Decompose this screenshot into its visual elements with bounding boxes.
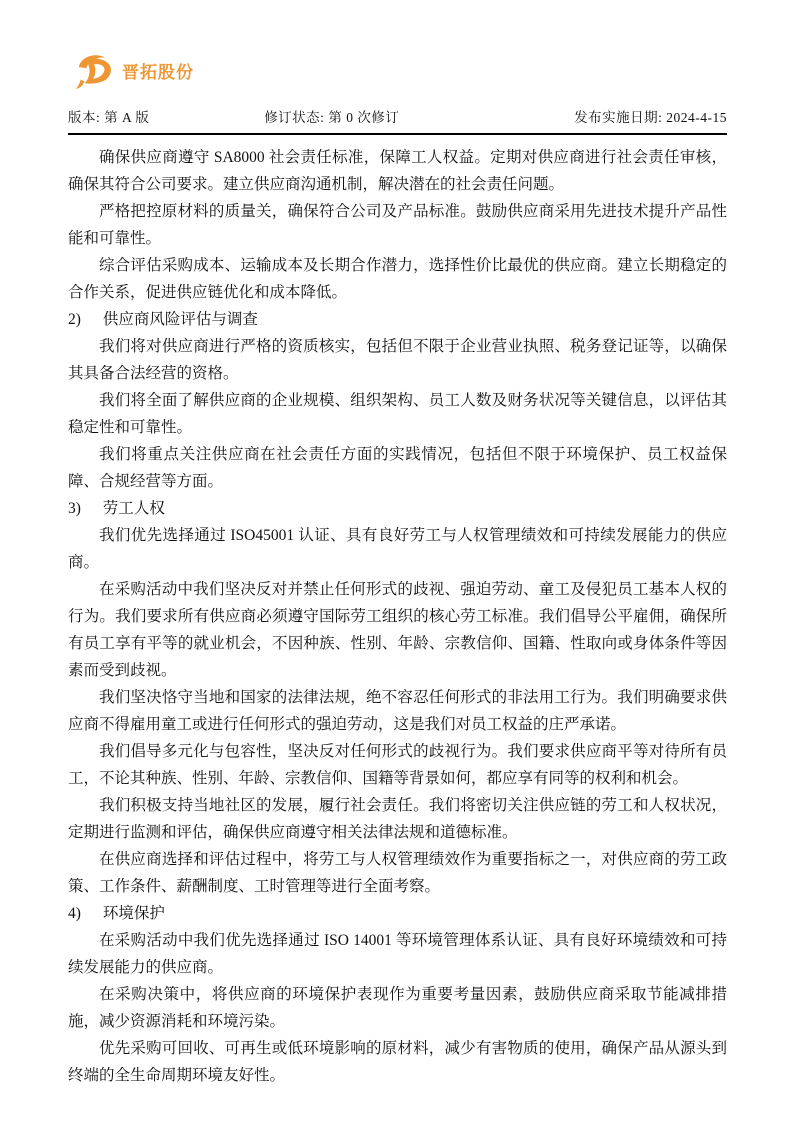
paragraph: 在采购活动中我们坚决反对并禁止任何形式的歧视、强迫劳动、童工及侵犯员工基本人权的… [68, 576, 727, 684]
document-meta-header: 版本: 第 A 版 修订状态: 第 0 次修订 发布实施日期: 2024-4-1… [68, 106, 727, 133]
paragraph: 我们坚决恪守当地和国家的法律法规，绝不容忍任何形式的非法用工行为。我们明确要求供… [68, 684, 727, 738]
section-heading: 3)劳工人权 [68, 495, 727, 522]
version-label: 版本: 第 A 版 [68, 106, 149, 126]
document-body: 确保供应商遵守 SA8000 社会责任标准，保障工人权益。定期对供应商进行社会责… [68, 144, 727, 1089]
section-title: 环境保护 [103, 905, 165, 922]
header-divider [68, 133, 727, 135]
paragraph: 综合评估采购成本、运输成本及长期合作潜力，选择性价比最优的供应商。建立长期稳定的… [68, 252, 727, 306]
company-logo: 晋拓股份 [74, 50, 727, 90]
paragraph: 确保供应商遵守 SA8000 社会责任标准，保障工人权益。定期对供应商进行社会责… [68, 144, 727, 198]
paragraph: 在采购活动中我们优先选择通过 ISO 14001 等环境管理体系认证、具有良好环… [68, 927, 727, 981]
section-title: 供应商风险评估与调查 [103, 311, 258, 328]
paragraph: 我们积极支持当地社区的发展，履行社会责任。我们将密切关注供应链的劳工和人权状况，… [68, 792, 727, 846]
paragraph: 我们将全面了解供应商的企业规模、组织架构、员工人数及财务状况等关键信息，以评估其… [68, 387, 727, 441]
section-number: 3) [68, 495, 81, 522]
paragraph: 我们倡导多元化与包容性，坚决反对任何形式的歧视行为。我们要求供应商平等对待所有员… [68, 738, 727, 792]
paragraph: 在采购决策中，将供应商的环境保护表现作为重要考量因素，鼓励供应商采取节能减排措施… [68, 981, 727, 1035]
paragraph: 我们优先选择通过 ISO45001 认证、具有良好劳工与人权管理绩效和可持续发展… [68, 522, 727, 576]
section-number: 2) [68, 306, 81, 333]
section-title: 劳工人权 [103, 500, 165, 517]
revision-status-label: 修订状态: 第 0 次修订 [264, 106, 399, 126]
release-date-label: 发布实施日期: 2024-4-15 [574, 106, 727, 126]
paragraph: 严格把控原材料的质量关，确保符合公司及产品标准。鼓励供应商采用先进技术提升产品性… [68, 198, 727, 252]
logo-d-swoosh-icon [74, 51, 116, 89]
paragraph: 我们将对供应商进行严格的资质核实，包括但不限于企业营业执照、税务登记证等，以确保… [68, 333, 727, 387]
document-page: 晋拓股份 版本: 第 A 版 修订状态: 第 0 次修订 发布实施日期: 202… [0, 0, 794, 1123]
paragraph: 我们将重点关注供应商在社会责任方面的实践情况，包括但不限于环境保护、员工权益保障… [68, 441, 727, 495]
company-name: 晋拓股份 [122, 58, 194, 83]
section-number: 4) [68, 900, 81, 927]
paragraph: 优先采购可回收、可再生或低环境影响的原材料，减少有害物质的使用，确保产品从源头到… [68, 1035, 727, 1089]
paragraph: 在供应商选择和评估过程中，将劳工与人权管理绩效作为重要指标之一，对供应商的劳工政… [68, 846, 727, 900]
section-heading: 4)环境保护 [68, 900, 727, 927]
section-heading: 2)供应商风险评估与调查 [68, 306, 727, 333]
